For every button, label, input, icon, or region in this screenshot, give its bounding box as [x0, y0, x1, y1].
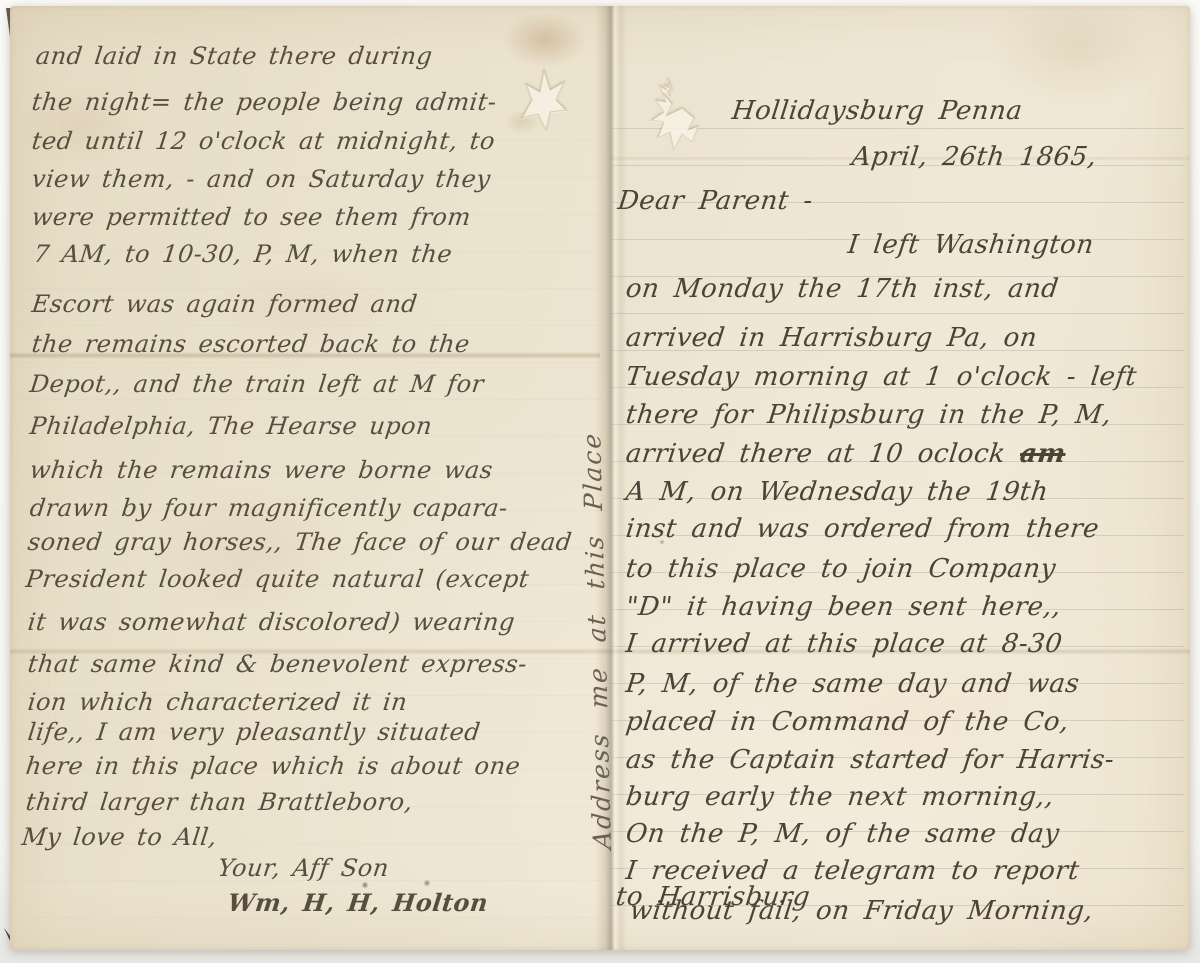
letter-line: third larger than Brattleboro,: [24, 788, 414, 816]
letter-line: On the P, M, of the same day: [624, 819, 1061, 849]
letter-line: as the Captain started for Harris-: [624, 745, 1116, 775]
letter-line: Depot,, and the train left at M for: [28, 370, 485, 398]
letter-line: drawn by four magnificently capara-: [28, 494, 509, 522]
letter-line: and laid in State there during: [34, 42, 434, 70]
letter-line-with-strikethrough: arrived there at 10 oclock am: [624, 439, 1067, 469]
letter-line: 7 AM, to 10-30, P, M, when the: [32, 240, 454, 268]
letter-line: here in this place which is about one: [24, 752, 522, 780]
letter-line-text: arrived there at 10 oclock: [624, 439, 1022, 469]
letter-date-line: April, 26th 1865,: [850, 142, 1098, 172]
letter-line: President looked quite natural (except: [24, 565, 531, 593]
letter-line: My love to All,: [20, 823, 218, 851]
letter-line: that same kind & benevolent express-: [26, 650, 528, 678]
letter-page-right: Hollidaysburg Penna April, 26th 1865, De…: [602, 6, 1190, 950]
letter-page-left: and laid in State there during the night…: [10, 6, 602, 950]
letter-line: I left Washington: [846, 230, 1095, 260]
letter-line: Tuesday morning at 1 o'clock - left: [624, 362, 1138, 392]
letter-line: there for Philipsburg in the P, M,: [624, 400, 1113, 430]
letter-line: I arrived at this place at 8-30: [624, 629, 1064, 659]
letter-line: to this place to join Company: [624, 554, 1058, 584]
letter-line: which the remains were borne was: [28, 456, 494, 484]
letter-line: burg early the next morning,,: [624, 782, 1056, 812]
letter-line: were permitted to see them from: [30, 203, 472, 231]
letter-closing: Your, Aff Son: [216, 854, 390, 882]
letter-line: life,, I am very pleasantly situated: [26, 718, 482, 746]
letter-line: inst and was ordered from there: [624, 514, 1101, 544]
letter-line: on Monday the 17th inst, and: [624, 274, 1060, 304]
letter-signature: Wm, H, H, Holton: [226, 888, 490, 917]
letter-line: soned gray horses,, The face of our dead: [26, 528, 573, 556]
letter-line: the remains escorted back to the: [30, 330, 471, 358]
letter-line: Escort was again formed and: [30, 290, 419, 318]
struck-word: am: [1018, 439, 1067, 469]
letter-line: placed in Command of the Co,: [624, 707, 1071, 737]
letter-sheet: and laid in State there during the night…: [10, 6, 1190, 950]
letter-line: Philadelphia, The Hearse upon: [28, 412, 434, 440]
letter-line: without fail, on Friday Morning,: [628, 896, 1095, 926]
letter-line: ion which characterized it in: [26, 688, 409, 716]
letter-line: P, M, of the same day and was: [624, 669, 1081, 699]
letter-line: arrived in Harrisburg Pa, on: [624, 323, 1039, 353]
letter-place-line: Hollidaysburg Penna: [730, 96, 1024, 126]
letter-line: ted until 12 o'clock at midnight, to: [30, 127, 497, 155]
letter-salutation: Dear Parent -: [616, 186, 814, 216]
letter-scan: and laid in State there during the night…: [0, 0, 1200, 963]
letter-line: "D" it having been sent here,,: [624, 592, 1063, 622]
letter-line: A M, on Wednesday the 19th: [624, 477, 1050, 507]
letter-line: it was somewhat discolored) wearing: [26, 608, 516, 636]
letter-line: view them, - and on Saturday they: [30, 165, 492, 193]
letter-line: the night= the people being admit-: [30, 88, 498, 116]
